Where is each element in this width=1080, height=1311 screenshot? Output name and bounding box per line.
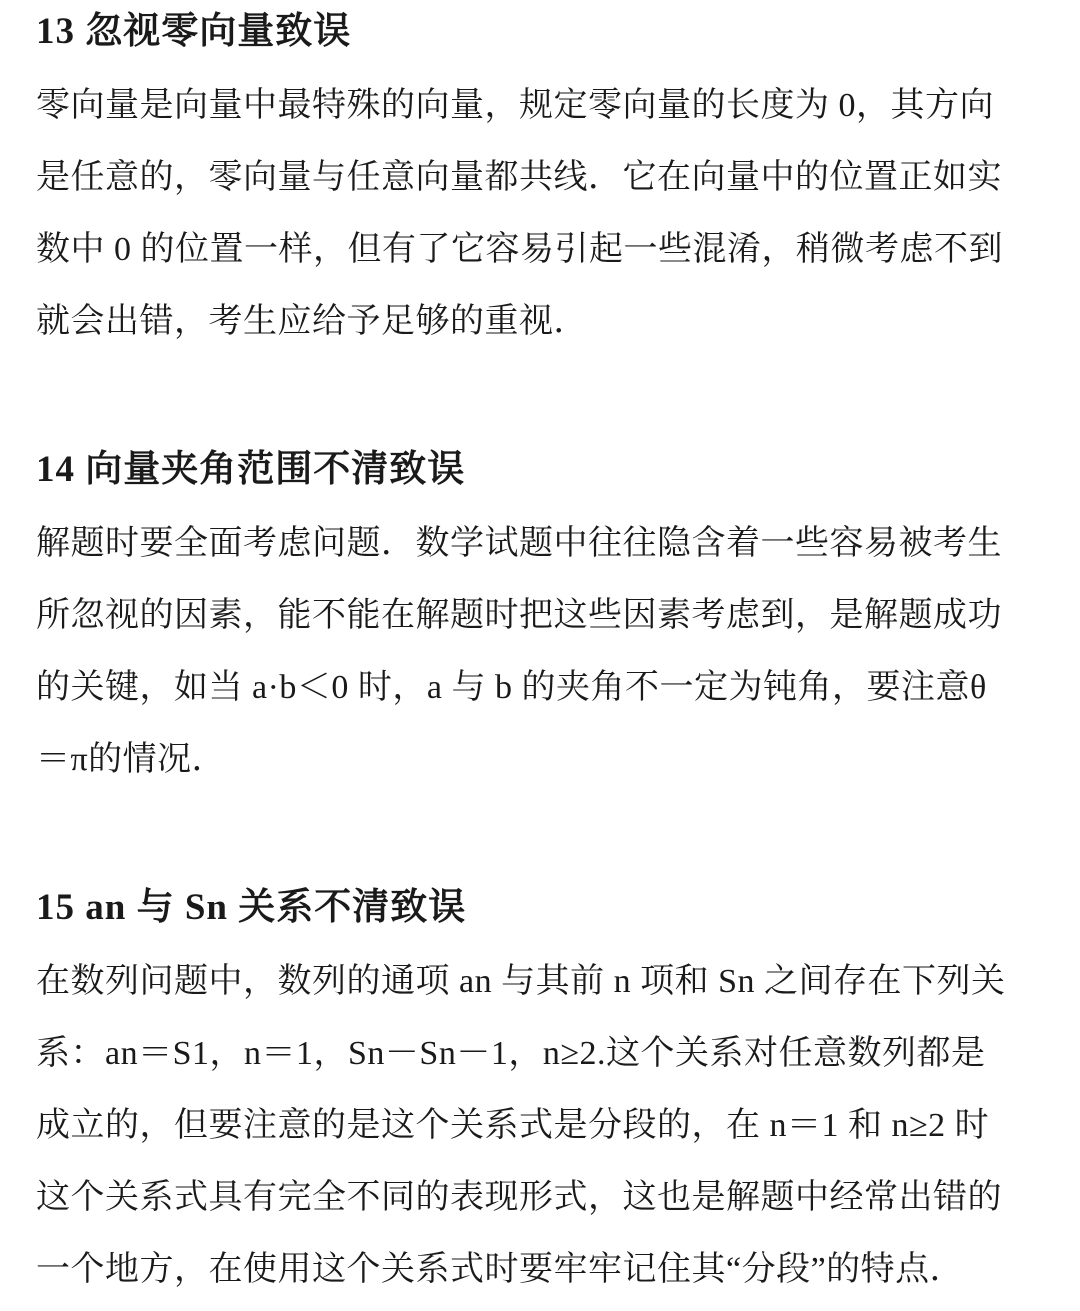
text-line: 解题时要全面考虑问题．数学试题中往往隐含着一些容易被考生 bbox=[36, 508, 1046, 580]
section-14-paragraph: 解题时要全面考虑问题．数学试题中往往隐含着一些容易被考生 所忽视的因素，能不能在… bbox=[36, 508, 1046, 796]
section-13-zero-vector: 13 忽视零向量致误 零向量是向量中最特殊的向量，规定零向量的长度为 0，其方向… bbox=[36, 8, 1046, 358]
text-line: 所忽视的因素，能不能在解题时把这些因素考虑到，是解题成功 bbox=[36, 580, 1046, 652]
section-15-paragraph: 在数列问题中，数列的通项 an 与其前 n 项和 Sn 之间存在下列关 系：an… bbox=[36, 946, 1046, 1306]
section-13-paragraph: 零向量是向量中最特殊的向量，规定零向量的长度为 0，其方向 是任意的，零向量与任… bbox=[36, 70, 1046, 358]
section-14-heading: 14 向量夹角范围不清致误 bbox=[36, 446, 1046, 494]
section-15-an-sn-relation: 15 an 与 Sn 关系不清致误 在数列问题中，数列的通项 an 与其前 n … bbox=[36, 884, 1046, 1306]
text-line: ＝π的情况． bbox=[36, 724, 1046, 796]
section-14-vector-angle: 14 向量夹角范围不清致误 解题时要全面考虑问题．数学试题中往往隐含着一些容易被… bbox=[36, 446, 1046, 796]
text-line: 成立的，但要注意的是这个关系式是分段的，在 n＝1 和 n≥2 时 bbox=[36, 1090, 1046, 1162]
text-line: 在数列问题中，数列的通项 an 与其前 n 项和 Sn 之间存在下列关 bbox=[36, 946, 1046, 1018]
text-line: 一个地方，在使用这个关系式时要牢牢记住其“分段”的特点． bbox=[36, 1234, 1046, 1306]
section-13-heading: 13 忽视零向量致误 bbox=[36, 8, 1046, 56]
text-line: 系：an＝S1，n＝1，Sn－Sn－1，n≥2.这个关系对任意数列都是 bbox=[36, 1018, 1046, 1090]
text-line: 就会出错，考生应给予足够的重视． bbox=[36, 286, 1046, 358]
text-line: 的关键，如当 a·b＜0 时，a 与 b 的夹角不一定为钝角，要注意θ bbox=[36, 652, 1046, 724]
text-line: 是任意的，零向量与任意向量都共线．它在向量中的位置正如实 bbox=[36, 142, 1046, 214]
section-15-heading: 15 an 与 Sn 关系不清致误 bbox=[36, 884, 1046, 932]
text-line: 零向量是向量中最特殊的向量，规定零向量的长度为 0，其方向 bbox=[36, 70, 1046, 142]
text-line: 数中 0 的位置一样，但有了它容易引起一些混淆，稍微考虑不到 bbox=[36, 214, 1046, 286]
document-page: 13 忽视零向量致误 零向量是向量中最特殊的向量，规定零向量的长度为 0，其方向… bbox=[0, 0, 1080, 1311]
text-line: 这个关系式具有完全不同的表现形式，这也是解题中经常出错的 bbox=[36, 1162, 1046, 1234]
